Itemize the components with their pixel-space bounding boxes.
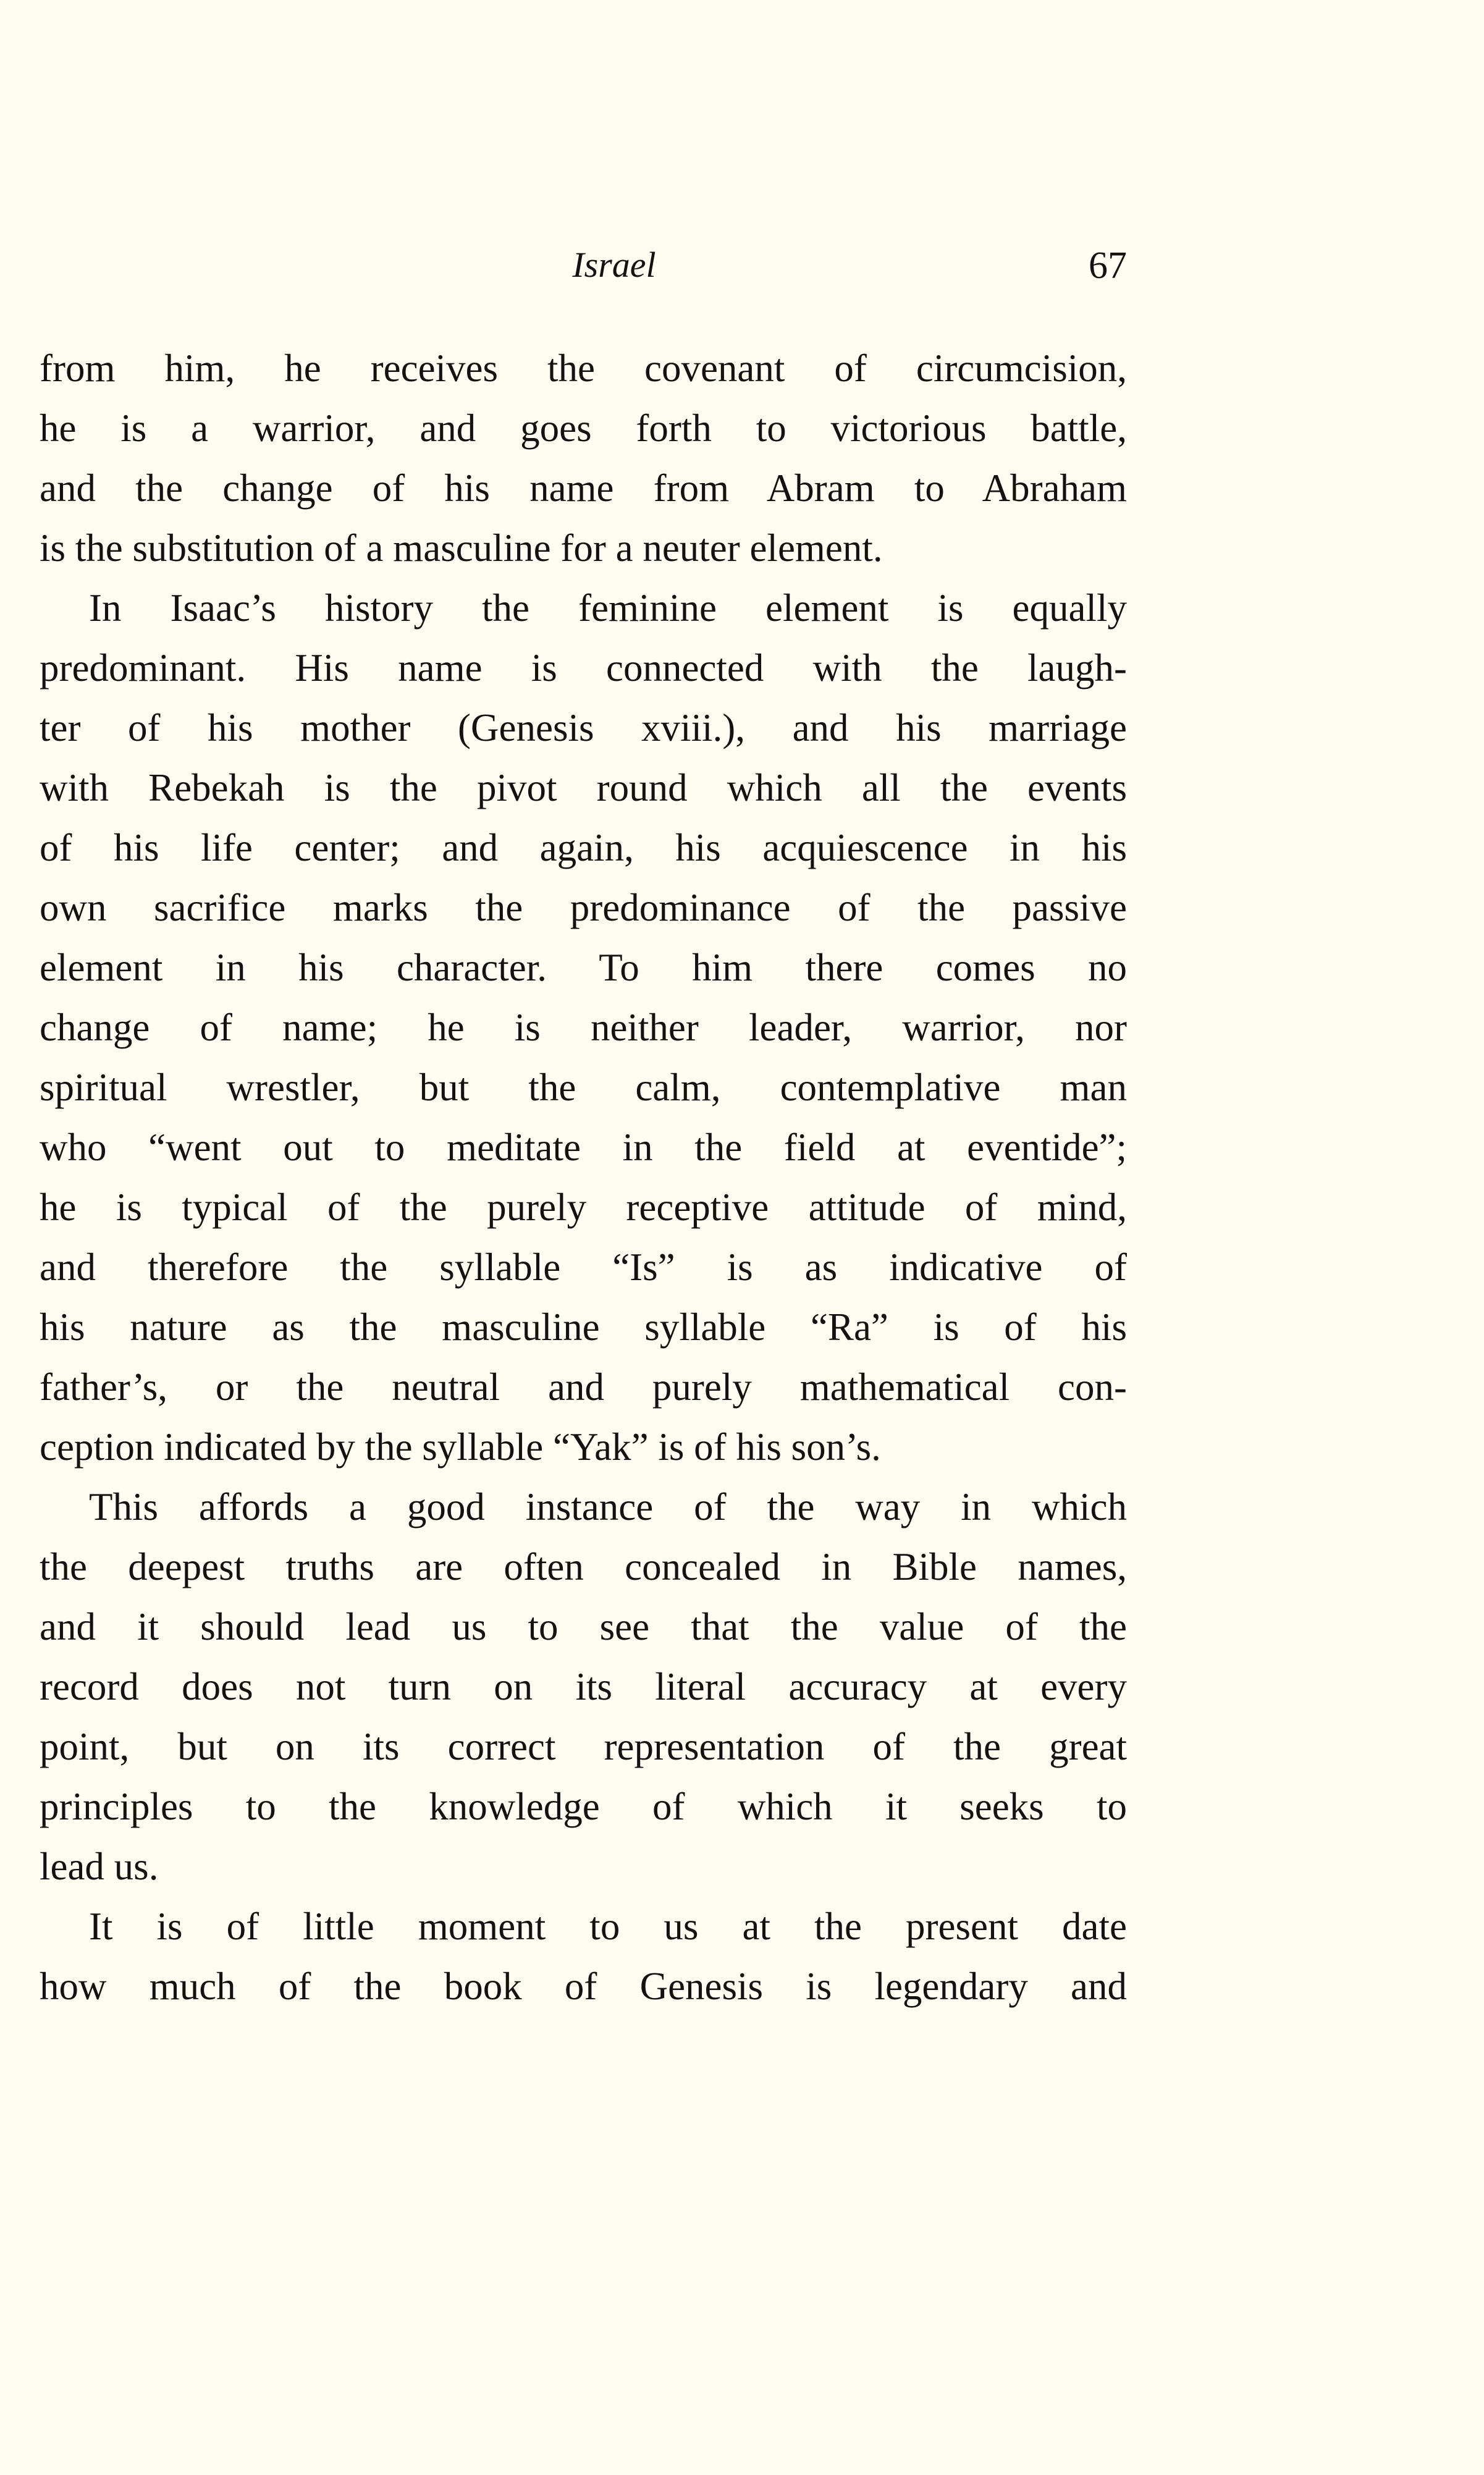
text-line: of his life center; and again, his acqui… <box>40 818 1127 878</box>
page-header: Israel 67 <box>40 244 1127 293</box>
text-line: principles to the knowledge of which it … <box>40 1777 1127 1837</box>
text-line: predominant. His name is connected with … <box>40 638 1127 698</box>
text-line: In Isaac’s history the feminine element … <box>40 578 1127 638</box>
text-line: and the change of his name from Abram to… <box>40 458 1127 518</box>
text-line: he is a warrior, and goes forth to victo… <box>40 398 1127 458</box>
text-line: point, but on its correct representation… <box>40 1717 1127 1777</box>
text-line: how much of the book of Genesis is legen… <box>40 1957 1127 2017</box>
text-line: and it should lead us to see that the va… <box>40 1597 1127 1657</box>
text-line: This affords a good instance of the way … <box>40 1477 1127 1537</box>
text-line: from him, he receives the covenant of ci… <box>40 339 1127 398</box>
running-title: Israel <box>40 244 1127 285</box>
text-line: his nature as the masculine syllable “Ra… <box>40 1297 1127 1357</box>
text-line: is the substitution of a masculine for a… <box>40 518 1127 578</box>
text-line: own sacrifice marks the predominance of … <box>40 878 1127 938</box>
text-line: ter of his mother (Genesis xviii.), and … <box>40 698 1127 758</box>
text-line: ception indicated by the syllable “Yak” … <box>40 1417 1127 1477</box>
text-line: lead us. <box>40 1837 1127 1897</box>
text-line: and therefore the syllable “Is” is as in… <box>40 1237 1127 1297</box>
text-line: spiritual wrestler, but the calm, contem… <box>40 1058 1127 1118</box>
text-line: change of name; he is neither leader, wa… <box>40 998 1127 1058</box>
page-number: 67 <box>1089 244 1127 288</box>
text-line: element in his character. To him there c… <box>40 938 1127 998</box>
text-line: record does not turn on its literal accu… <box>40 1657 1127 1717</box>
text-line: he is typical of the purely receptive at… <box>40 1178 1127 1237</box>
text-line: It is of little moment to us at the pres… <box>40 1897 1127 1957</box>
text-line: the deepest truths are often concealed i… <box>40 1537 1127 1597</box>
body-text: from him, he receives the covenant of ci… <box>40 339 1127 2017</box>
text-line: who “went out to meditate in the field a… <box>40 1118 1127 1178</box>
text-line: with Rebekah is the pivot round which al… <box>40 758 1127 818</box>
text-line: father’s, or the neutral and purely math… <box>40 1357 1127 1417</box>
